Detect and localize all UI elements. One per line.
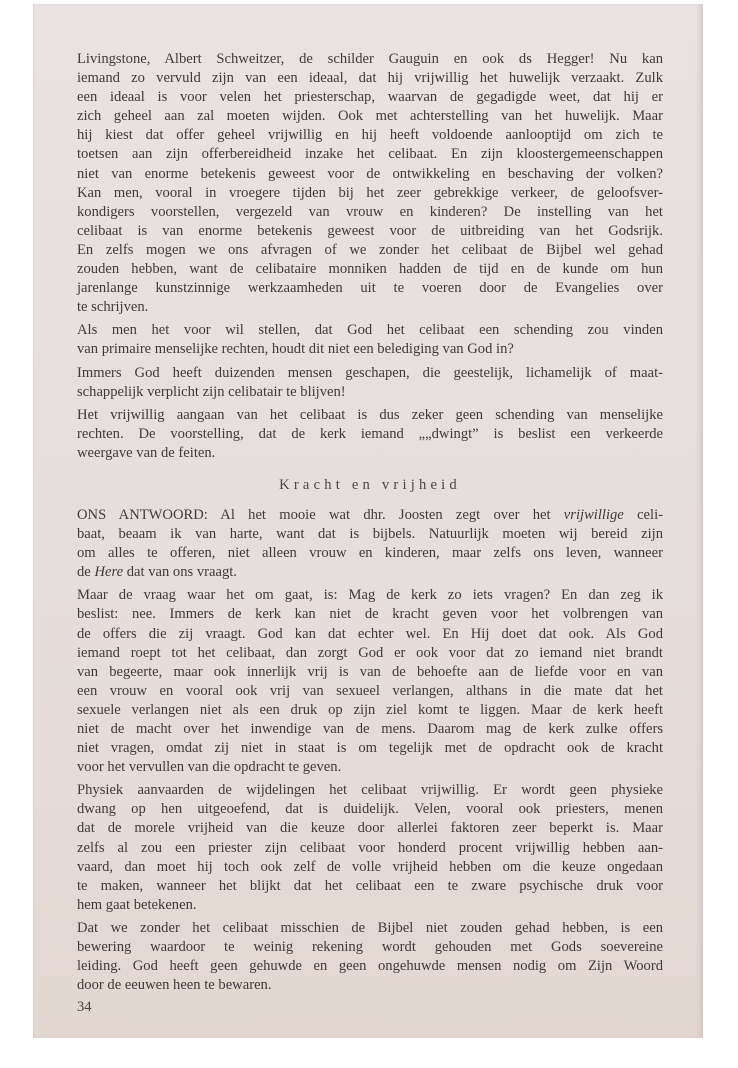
page-number: 34 bbox=[77, 998, 663, 1017]
text-line: voor het vervullen van die opdracht te g… bbox=[77, 758, 663, 777]
text-line: niet de macht over het inwendige van de … bbox=[77, 720, 663, 739]
paragraphs-after-heading: Maar de vraag waar het om gaat, is: Mag … bbox=[77, 586, 663, 995]
text-line: zouden hebben, want de celibataire monni… bbox=[77, 260, 663, 279]
text-line: jarenlange kunstzinnige werkzaamheden ui… bbox=[77, 279, 663, 298]
text-line: En zelfs mogen we ons afvragen of we zon… bbox=[77, 241, 663, 260]
text-line: toetsen aan zijn offerbereidheid inzake … bbox=[77, 145, 663, 164]
book-page: Livingstone, Albert Schweitzer, de schil… bbox=[33, 4, 703, 1038]
answer-paragraph: ONS ANTWOORD: Al het mooie wat dhr. Joos… bbox=[77, 506, 663, 582]
text-line: weergave van de feiten. bbox=[77, 444, 663, 463]
text-line: Immers God heeft duizenden mensen gescha… bbox=[77, 364, 663, 383]
text-line: Livingstone, Albert Schweitzer, de schil… bbox=[77, 50, 663, 69]
emphasis-here: Here bbox=[94, 564, 123, 580]
text-line: door de eeuwen heen te bewaren. bbox=[77, 976, 663, 995]
text-line: iemand roept tot het celibaat, dan zorgt… bbox=[77, 644, 663, 663]
paragraph: Livingstone, Albert Schweitzer, de schil… bbox=[77, 50, 663, 317]
section-heading: Kracht en vrijheid bbox=[77, 476, 663, 495]
text-line: niet vragen, omdat zij niet in staat is … bbox=[77, 739, 663, 758]
text-line: leiding. God heeft geen gehuwde en geen … bbox=[77, 957, 663, 976]
paragraph: Immers God heeft duizenden mensen gescha… bbox=[77, 364, 663, 402]
text-line: de offers die zij vraagt. God kan dat ec… bbox=[77, 625, 663, 644]
emphasis-vrijwillige: vrijwillige bbox=[564, 507, 624, 523]
text-line: Kan men, vooral in vroegere tijden bij h… bbox=[77, 184, 663, 203]
text-line: ONS ANTWOORD: Al het mooie wat dhr. Joos… bbox=[77, 506, 663, 525]
text-line: van begeerte, maar ook innerlijk vrij is… bbox=[77, 663, 663, 682]
text-line: Het vrijwillig aangaan van het celibaat … bbox=[77, 406, 663, 425]
text-line: schappelijk verplicht zijn celibatair te… bbox=[77, 383, 663, 402]
text-line: om alles te offeren, niet alleen vrouw e… bbox=[77, 544, 663, 563]
text-line: zich geheel aan zal moeten wijden. Ook m… bbox=[77, 107, 663, 126]
text-line: een vrouw en vooral ook vrij van sexueel… bbox=[77, 682, 663, 701]
text-line: celibaat is van enorme betekenis geweest… bbox=[77, 222, 663, 241]
text-line: Als men het voor wil stellen, dat God he… bbox=[77, 321, 663, 340]
text-line: iemand zo vervuld zijn van een ideaal, d… bbox=[77, 69, 663, 88]
paragraph: Als men het voor wil stellen, dat God he… bbox=[77, 321, 663, 359]
text-line: hem gaat betekenen. bbox=[77, 896, 663, 915]
text-line: dat de morele vrijheid van die keuze doo… bbox=[77, 819, 663, 838]
text-line: dwang op hen uitgeoefend, dat is duideli… bbox=[77, 800, 663, 819]
paragraph: Physiek aanvaarden de wijdelingen het ce… bbox=[77, 781, 663, 915]
text-line: van primaire menselijke rechten, houdt d… bbox=[77, 340, 663, 359]
paragraph: Maar de vraag waar het om gaat, is: Mag … bbox=[77, 586, 663, 777]
paragraph: Het vrijwillig aangaan van het celibaat … bbox=[77, 406, 663, 463]
text-line: de Here dat van ons vraagt. bbox=[77, 563, 663, 582]
text-line: beslist: nee. Immers de kerk kan niet de… bbox=[77, 605, 663, 624]
paragraphs-before-heading: Livingstone, Albert Schweitzer, de schil… bbox=[77, 50, 663, 463]
text-line: zelfs al zou een priester zijn celibaat … bbox=[77, 839, 663, 858]
page-text: Livingstone, Albert Schweitzer, de schil… bbox=[77, 50, 663, 1017]
text-line: sexuele verlangen niet als een druk op z… bbox=[77, 701, 663, 720]
text-line: Physiek aanvaarden de wijdelingen het ce… bbox=[77, 781, 663, 800]
text-line: te maken, wanneer het blijkt dat het cel… bbox=[77, 877, 663, 896]
paragraph: Dat we zonder het celibaat misschien de … bbox=[77, 919, 663, 995]
text-line: een ideaal is voor velen het priestersch… bbox=[77, 88, 663, 107]
text-line: kondigers voorstellen, vergezeld van vro… bbox=[77, 203, 663, 222]
text-line: vaard, dan moet hij toch ook zelf de vol… bbox=[77, 858, 663, 877]
text-line: Dat we zonder het celibaat misschien de … bbox=[77, 919, 663, 938]
text-line: rechten. De voorstelling, dat de kerk ie… bbox=[77, 425, 663, 444]
text-line: te schrijven. bbox=[77, 298, 663, 317]
text-line: bewering waardoor te weinig rekening wor… bbox=[77, 938, 663, 957]
text-line: Maar de vraag waar het om gaat, is: Mag … bbox=[77, 586, 663, 605]
text-line: baat, beaam ik van harte, want dat is bi… bbox=[77, 525, 663, 544]
text-line: niet van enorme betekenis geweest voor d… bbox=[77, 165, 663, 184]
text-line: hij kiest dat offer geheel vrijwillig en… bbox=[77, 126, 663, 145]
